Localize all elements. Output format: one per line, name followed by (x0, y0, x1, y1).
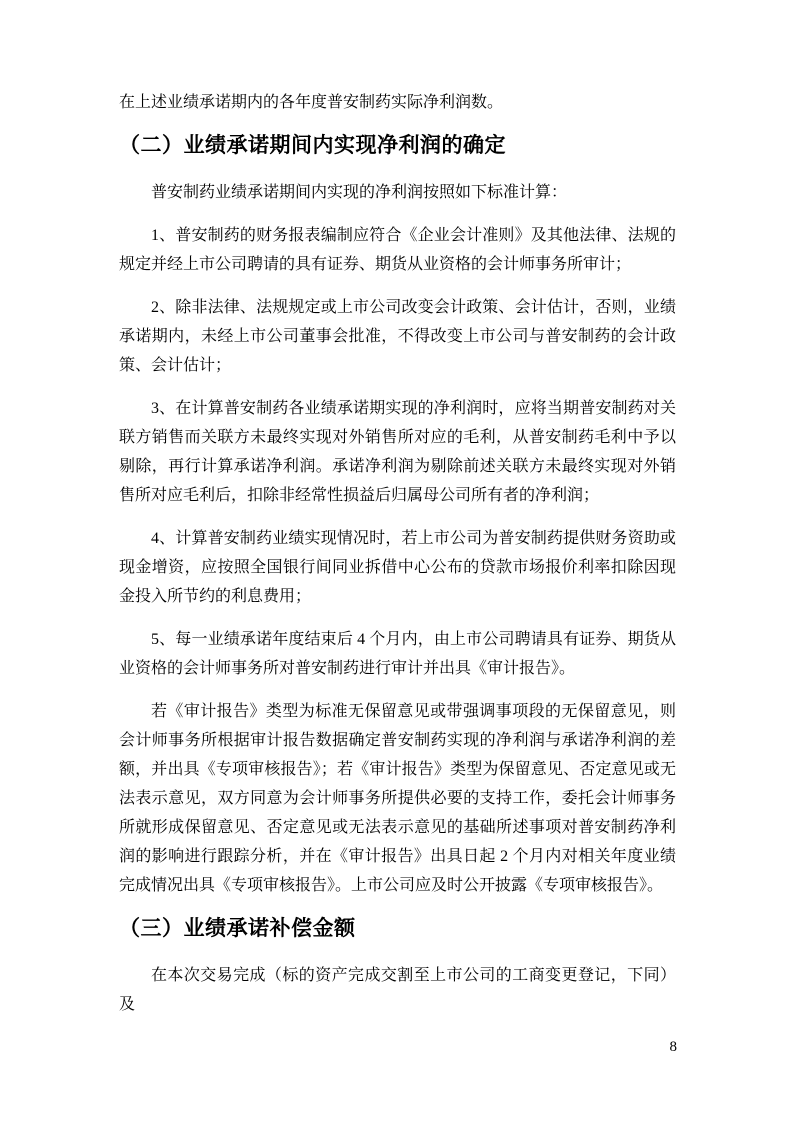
section-heading-3: （三）业绩承诺补偿金额 (119, 914, 676, 944)
page-number: 8 (670, 1038, 678, 1056)
body-paragraph-item-2: 2、除非法律、法规规定或上市公司改变会计政策、会计估计，否则，业绩承诺期内，未经… (119, 293, 676, 380)
body-paragraph-compensation: 在本次交易完成（标的资产完成交割至上市公司的工商变更登记，下同）及 (119, 961, 676, 1019)
body-paragraph: 普安制药业绩承诺期间内实现的净利润按照如下标准计算： (119, 178, 676, 207)
document-content: 在上述业绩承诺期内的各年度普安制药实际净利润数。 （二）业绩承诺期间内实现净利润… (0, 0, 794, 1019)
body-paragraph-item-5: 5、每一业绩承诺年度结束后 4 个月内，由上市公司聘请具有证券、期货从业资格的会… (119, 625, 676, 683)
document-page: 在上述业绩承诺期内的各年度普安制药实际净利润数。 （二）业绩承诺期间内实现净利润… (0, 0, 794, 1122)
body-paragraph-audit-report: 若《审计报告》类型为标准无保留意见或带强调事项段的无保留意见，则会计师事务所根据… (119, 697, 676, 900)
body-paragraph-item-3: 3、在计算普安制药各业绩承诺期实现的净利润时，应将当期普安制药对关联方销售而关联… (119, 394, 676, 510)
body-paragraph-item-4: 4、计算普安制药业绩实现情况时，若上市公司为普安制药提供财务资助或现金增资，应按… (119, 524, 676, 611)
intro-paragraph: 在上述业绩承诺期内的各年度普安制药实际净利润数。 (119, 88, 676, 117)
section-heading-2: （二）业绩承诺期间内实现净利润的确定 (119, 131, 676, 161)
body-paragraph-item-1: 1、普安制药的财务报表编制应符合《企业会计准则》及其他法律、法规的规定并经上市公… (119, 221, 676, 279)
